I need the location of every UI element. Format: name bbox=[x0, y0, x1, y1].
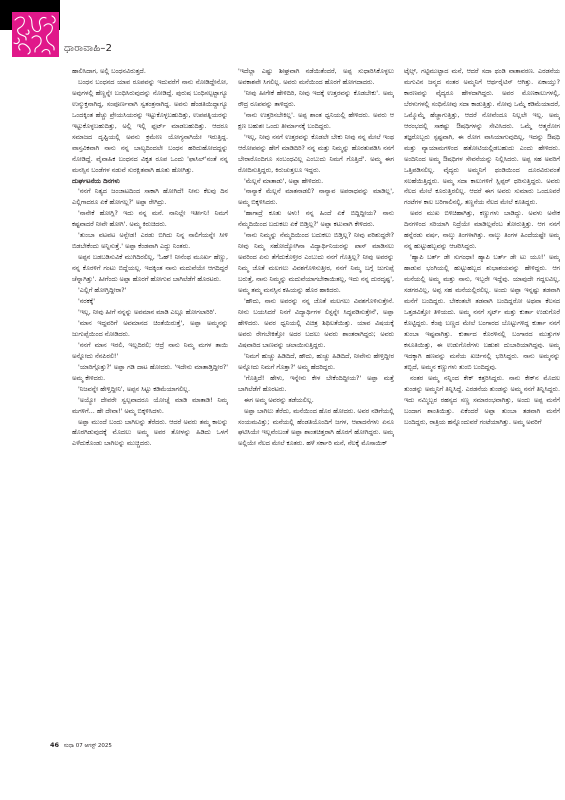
article-paragraph: 'ಗೊತ್ತಿದೆ! ಹೇಳು, ಇನ್ನೇನು ಕೇಳ ಬೇಕೆಂದಿದ್ದೀ… bbox=[238, 373, 394, 395]
article-paragraph: ಅಪ್ಪನ ಬಡಬಡಿಸುವಿಕೆ ಮುಗಿದಿರಲಿಲ್ಲ, 'ಓಹ್! ನೀ… bbox=[72, 252, 228, 285]
article-paragraph: ಬಂಧನ ಬಂಧನದ ಯಾವ ರೂಪವನ್ನು ಇದುವರೆಗೆ ನಾನು ನೋ… bbox=[72, 77, 228, 176]
article-paragraph: 'ನಿಜವನ್ನೇ ಹೇಳ್ತಿದ್ದೀನಿ', ಅಪ್ಪನ ಸಿಟ್ಟು ಕಡ… bbox=[72, 384, 228, 395]
article-paragraph: 'ಯಾರಿಗ್ಗೊತ್ತು?' ಅಪ್ಪಾ ಗಡಿ ದಾಟ ಹೋದರು. 'ಇದ… bbox=[72, 362, 228, 384]
article-paragraph: ಅಪ್ಪಾ ಬಾಗಿಲು ತೆರೆದು, ಮನೆಯಿಂದ ಹೊರ ಹೋದರು. … bbox=[238, 406, 394, 450]
article-column-2: 'ಇದೆಲ್ಲಾ ಎಷ್ಟು ಶೀಘ್ರವಾಗಿ ನಡೆಯಿತೆಂದರೆ, ಅಪ… bbox=[238, 66, 394, 726]
article-paragraph: 'ನಾನು ನಿಮ್ಮನ್ನು ನೆಮ್ಮದಿಯಿಂದ ಬದುಕಲು ಬಿಡ್ತ… bbox=[238, 230, 394, 296]
section-title: ಧಾರಾವಾಹಿ–2 bbox=[64, 43, 112, 54]
article-paragraph: 'ಅಯ್ಯೋ ದೇವರೇ ಸ್ವಲ್ಪವಾದರೂ ಯೋಚ್ನೆ ಮಾಡಿ ಮಾತ… bbox=[72, 395, 228, 417]
article-paragraph: 'ಎಲ್ಲಿಗೆ ಹೋಗ್ತಿದ್ದೀರಾ?' bbox=[72, 285, 228, 296]
article-paragraph: 'ಇಲ್ಲ, ನೀವು ಹೀಗೆ ನನ್ನನ್ನು ಅವಮಾನ ಮಾಡಿ ಎಲ್… bbox=[72, 307, 228, 318]
article-body: ಹಾಲಿಸಿದಾಗ, ಅಲ್ಲಿ ಬಂಧನವಿರುತ್ತದೆ.ಬಂಧನ ಬಂಧನ… bbox=[72, 66, 562, 726]
article-paragraph: 'ಮೆಲ್ಲನೆ ಮಾತಾಡು', ಅಪ್ಪಾ ಹೇಳಿದರು. bbox=[238, 176, 394, 187]
article-paragraph: ಅವರ ಮುಖ ಬಿಳಿಚಿಹಾಗಿತ್ತು, ಕಣ್ಣುಗಳು ಬಾಡಿದ್ದ… bbox=[404, 208, 560, 252]
article-paragraph: 'ಇದೆಲ್ಲಾ ಎಷ್ಟು ಶೀಘ್ರವಾಗಿ ನಡೆಯಿತೆಂದರೆ, ಅಪ… bbox=[238, 66, 394, 88]
article-paragraph: 'ತುಂಬಾ ವಟವಟ ಅನ್ಬೇಡ! ಎರಡು ಬಿಗಿದು ನಿನ್ನ ನಾ… bbox=[72, 230, 228, 252]
section-subheading: ದುರ್ಘಟನೆಯ ದಿನಗಳು bbox=[72, 176, 228, 187]
article-column-3: ಟೈಲ್ಸ್, ಗಟ್ಟಿಮುಟ್ಟಾದ ಮನೆ, ಆದರೆ ಸದಾ ಥಂಡಿ … bbox=[404, 66, 560, 726]
page-number: 46 bbox=[50, 741, 59, 749]
article-paragraph: 'ನಿಮಗೆ ಹುಚ್ಚು ಹಿಡಿದಿದೆ, ಹೌದು, ಹುಚ್ಚು ಹಿಡ… bbox=[238, 351, 394, 373]
article-paragraph: ಹಾಲಿಸಿದಾಗ, ಅಲ್ಲಿ ಬಂಧನವಿರುತ್ತದೆ. bbox=[72, 66, 228, 77]
article-paragraph: 'ಇಲ್ಲ, ನೀವು ನನಗೆ ಉತ್ತರವನ್ನು ಕೊಡಲೇ ಬೇಕು ನ… bbox=[238, 132, 394, 176]
magazine-name: ಸುಧಾ bbox=[64, 743, 74, 749]
article-paragraph: 'ಹಾಗಾದ್ರೆ ಕೂತು ಅಳು! ನನ್ನ ಹಿಂದೆ ಏಕೆ ಬಿದ್ದ… bbox=[238, 208, 394, 230]
article-paragraph: 'ಹ್ಯಾಪಿ ಬರ್ತ್ ಡೇ ಸುಗಂಧಾ! ಹ್ಯಾಪಿ ಬರ್ತ್ ಡೇ… bbox=[404, 252, 560, 372]
article-column-1: ಹಾಲಿಸಿದಾಗ, ಅಲ್ಲಿ ಬಂಧನವಿರುತ್ತದೆ.ಬಂಧನ ಬಂಧನ… bbox=[72, 66, 228, 726]
article-paragraph: 'ನಾನ್ಯಾಕೆ ಮೆಲ್ಲನೆ ಮಾತನಾಡಲಿ? ನಾನ್ಯಾವ ಅಪರಾ… bbox=[238, 186, 394, 208]
issue-date: 07 ಆಗಸ್ಟ್ 2025 bbox=[76, 743, 112, 749]
article-paragraph: ಅಪ್ಪಾ ಮುಂದೆ ಬಂದು ಬಾಗಿಲನ್ನು ತೆರೆದರು. ಆದರೆ… bbox=[72, 417, 228, 450]
article-paragraph: 'ಮಾನ ಇದ್ದವರಿಗೆ ಅವಮಾನದ ಚಿಂತೆಯಿರುತ್ತೆ', ಅಪ… bbox=[72, 318, 228, 340]
section-logo-icon bbox=[12, 12, 59, 57]
page-footer: 46 ಸುಧಾ 07 ಆಗಸ್ಟ್ 2025 bbox=[50, 741, 112, 750]
article-paragraph: 'ನನಗೆ ನಿತ್ಯದ ಜಂಜಾಟದಿಂದ ಸಾಕಾಗಿ ಹೋಗಿದೆ! ನೀ… bbox=[72, 186, 228, 208]
article-paragraph: 'ನಾನು ಉತ್ತರಿಸಬೇಕಿಲ್ಲ'. ಅಪ್ಪ ಶಾಂತ ಧ್ವನಿಯಲ… bbox=[238, 110, 394, 132]
article-paragraph: ನಂತರ ಅಮ್ಮ ನನ್ನಿಂದ ಕೇಕ್ ಕತ್ತರಿಸಿದ್ದರು. ನಾ… bbox=[404, 373, 560, 428]
article-paragraph: 'ಹೌದು, ನಾನು ಅವರನ್ನು ನನ್ನ ಜೊತೆ ಮಲಗಲು ವಿವಶ… bbox=[238, 296, 394, 351]
article-paragraph: 'ನಾನೇಕೆ ಹೋಗ್ಲಿ? ಇದು ನನ್ನ ಮನೆ. ನಾನಿಲ್ಲೇ ಇ… bbox=[72, 208, 228, 230]
article-paragraph: 'ನನಗೆ ಮಾನ ಇರಲಿ, ಇಲ್ಲದಿರಲಿ; ಆದ್ರೆ ನಾನು ನಿ… bbox=[72, 340, 228, 362]
article-paragraph: 'ನರಕಕ್ಕೆ' bbox=[72, 296, 228, 307]
article-paragraph: ಈಗ ಅಮ್ಮ ಅವರನ್ನು ತಡೆಯಲಿಲ್ಲ. bbox=[238, 395, 394, 406]
article-paragraph: ಟೈಲ್ಸ್, ಗಟ್ಟಿಮುಟ್ಟಾದ ಮನೆ, ಆದರೆ ಸದಾ ಥಂಡಿ … bbox=[404, 66, 560, 208]
article-paragraph: 'ನೀವು ಹೀಗೇಕೆ ಹೇಳಿದಿರಿ, ನೀವು ಇದಕ್ಕೆ ಉತ್ತರ… bbox=[238, 88, 394, 110]
